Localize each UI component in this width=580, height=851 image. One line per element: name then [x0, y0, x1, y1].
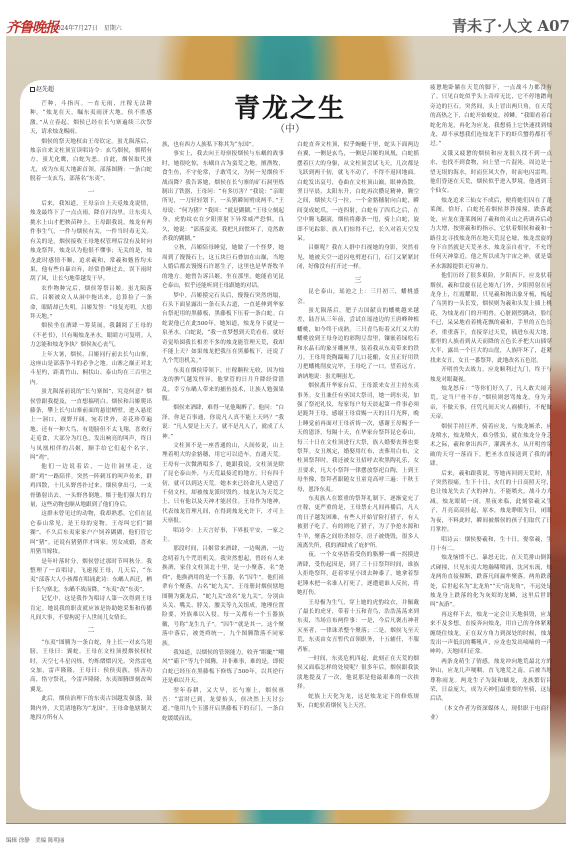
paragraph: 蛇族上天化为龙，这是烛龙定下的修炼规矩，白蛇驮着烟侯飞上天宫，: [297, 693, 419, 712]
paragraph: 烟侯离开华家台后，王母派来女丑主持东夷事务。女丑兼任有巫国大祭司，她一到东夷，加…: [297, 382, 419, 495]
issue-date: 2024年7月27日 星期六: [53, 23, 122, 32]
editor-credits: 编辑 徐静 美编 陈明丽: [6, 836, 65, 844]
paragraph: 农作物种完后，烟侯筹祭吕姬。蚩尤陨落后，吕姬被众人从洞中拖出来，总算捡了一条命，…: [30, 285, 152, 323]
paragraph: 后来，我知道，王母亲自上天觅烛龙说情，烛龙最终下了一点点雨，降在河沟里，让东夷人…: [30, 200, 152, 285]
section-title: 青未了·人文 A07: [452, 15, 570, 36]
section-number: 三: [297, 276, 419, 285]
paragraph: 他们一边说着话，一边往洞里走，这群“鸡”一路陪伴。突然一阵刺耳的叫声传来，群鸡四…: [30, 463, 152, 510]
paragraph: 这群未曾见过的动物，我却熟悉。它们在昆仑泰山常见，是王母的宠物。王母叫它们“猢猢…: [30, 510, 152, 557]
paragraph: 王母极为生气，穿上她的虎豹纹衣，并佩戴了最长的虎牙，带着十五和青鸟，浩浩荡荡来到…: [297, 599, 419, 655]
paragraph: 两条龙萌生了情感，烛龙冲向地荒最北方的钟山，应龙几声哽咽，直飞地荒之南，后被当地…: [430, 658, 552, 705]
paragraph: 蚩尤陨落前说的“长勺寨图”，究竟何意？烟侯曾跟我提及，一直想搞明白。烟侯和吕姬爬…: [30, 388, 152, 463]
paragraph: 烟侯坐在酒肆一筹莫展，我翻阅了王母的《不老书》，只有喝烛龙圣水，眼睛方可复明。人…: [30, 322, 152, 350]
paragraph: 又饿又疲惫的烟侯和应龙很久找不到一点水，也找不到食物，向上望一片混沌，周边是一望…: [430, 150, 552, 197]
paragraph: 再这样下去，烛龙一定会让天地俱毁，应龙来不及多想，直接奔向烛龙，用自己的身体紧紧…: [430, 611, 552, 658]
article-column-2: 族，也有西方人族私下称其为“东国”。事实上，我去向王母禀报烟侯与东嵎的战事时，她…: [162, 141, 284, 724]
paragraph: 吕姬呢？我在人群中扫视她的身影，突然看见，她被天空一道闪电劈进石门，石门又紧紧封…: [297, 244, 419, 272]
paragraph: 族，也有西方人族私下称其为“东国”。: [162, 141, 284, 150]
paragraph: 东夷在烟侯带领下，庄稼颗粒无收，因为烛龙的脾气越发怪异，他掌管的日月升降经常错乱…: [162, 367, 284, 405]
paragraph: 白蛇直奔文柱顶，似乎蜿蜒千里，蛇头下面两边有翼，一侧是玄鸟，一侧是吕姬的凤凰，白…: [297, 141, 419, 244]
section-number: 一: [30, 188, 152, 197]
byline: 赵先超: [30, 84, 54, 93]
paragraph: 东夷族人在繁重的祭拜礼制下，逐渐觉充了庄稼，更严重的是，王母禁止凡间再播后，凡人…: [297, 495, 419, 551]
paragraph: 梦中，吕姬摸完石头后，馒馒石突然坍塌，石头下面显露出一条石头古道，一直延伸到华家…: [162, 292, 284, 367]
paragraph: 事实上，我去向王母禀报烟侯与东嵎的战事时，她很吃惊，东嵎自古为蛮荒之地，擅渔牧，…: [162, 150, 284, 244]
paragraph: 那段时间，吕姬常来酒肆，一边喝酒，一边念叨着九个咒语机关。我突然想起，曾经有人来…: [162, 545, 284, 648]
paragraph: 他们历经了很多艰险，夕阳西下，应龙驮着烟侯，羲和盘旋在昆仑墟九门外，夕阳照射在应…: [430, 272, 552, 366]
paragraph: 记忆中，这是我作为唱诗人第一次得到王母肯定。她说我的职责就应该是协助她采集和传播…: [30, 595, 152, 623]
paragraph: 芒种，斗指丙。一直无雨，庄稼无法耕种。“烛龙在天，瞩东夷雨济大地。侯不胜感激。”…: [30, 100, 152, 138]
paragraph: 昆仑泰山，瑶池之上：三月初三，蟠桃盛会。: [297, 288, 419, 307]
article-column-3: 白蛇直奔文柱顶，似乎蜿蜒千里，蛇头下面两边有翼，一侧是玄鸟，一侧是吕姬的凤凰，白…: [297, 141, 419, 711]
masthead: 齐鲁晚报 2024年7月27日 星期六 青未了·人文 A07: [0, 0, 580, 36]
paragraph: 蚩尤陨落后，肥子古国献贡的蟠桃越来越差，陆吾从三年前，尝试在瑶池边的王唐峰种植蟠…: [297, 307, 419, 382]
paragraph: 开明兽失去战力，应龙顺利过九门，终于与烛龙对眼凝视。: [430, 366, 552, 385]
paragraph: “东夷”图腾为一条白蛇，身上长一对玄鸟翅膀，王母曰：翼蛇。王母在文柱顶授烟侯权杖…: [30, 639, 152, 695]
paragraph: 烛龙追求三仙女不成后，便将她们囚在了蓬莱阁。恰好，白蛇托着烟侯莽莽撞撞，跌落此处…: [430, 197, 552, 272]
paragraph: 唱诗令：上天言好事，下界报平安，一家之主。: [162, 527, 284, 546]
paragraph: 唱诗云：烟侯娶羲和，生十日，娶常羲，生月十有二。: [430, 536, 552, 555]
paragraph: 是年叶落时分，烟侯曾过那时节叫秋分。我整理了一首唱诗，飞速报王母，几天后，“东夷…: [30, 558, 152, 596]
paragraph: （本文作者为资深媒体人，现供职于电商行业）: [430, 705, 552, 724]
paragraph: 夜，一个女巫捂着受伤的胳膊一瘸一拐摸进酒肆，受伤起因是，到了三十日祭拜时间，谁族…: [297, 551, 419, 598]
paragraph: 翌年春耕，又大旱，长勺寨上，烟侯禀吾：“雷时已到，龙要抬头，侯决然上天讨公道。”…: [162, 687, 284, 725]
paragraph: 烟侯手持巨斧，骑着应龙，与烛龙厮杀，应龙喷水，烛龙喷火，难分胜负，就在烛龙分身乏…: [430, 423, 552, 470]
author-name: 赵先超: [36, 86, 54, 93]
paragraph: 后来，羲和跟我说，等她再回到天荒时，肚子突然很痛，生下十日，火红的十日高照天穹，…: [430, 470, 552, 536]
paragraph: 烛龙恼愤不已，暴怒无比，在天荒排山倒海式碰撞，只见东夷大地瀚啸喷涌，沈河东流，烛…: [430, 554, 552, 610]
article-subtitle: （中）: [210, 120, 370, 135]
paragraph: 立秋，吕姬陪母睡觉，她做了一个怪梦，她周到了馒馒石上，这五块巨石叠加在山巅，当地…: [162, 244, 284, 291]
paragraph: 烟侯的祭天地权由王母钦定。蚩尤陨落后，烛亲自来文柱顶宣读唱诗令：玄鸟烟侯，驯稻有…: [30, 138, 152, 185]
paragraph: 一时间，东夷危机四起，此刻正在天荒的烟侯又面临怎样的处境呢？很多年后，烟侯跟我淡…: [297, 655, 419, 693]
byline-box-icon: [30, 87, 35, 92]
paragraph: 我知道，以烟侯的管领能力，收齐“睚眦”“嘲风”“霸下”等九个图腾，并非难事，难的…: [162, 649, 284, 687]
paragraph: 疲惫地卧躺在天荒的脚下，一点战斗力都没有了。只见白蛇似乎头上奇痒无比，它不停地蹭…: [430, 84, 552, 150]
article-column-1: 芒种，斗指丙。一直无雨，庄稼无法耕种。“烛龙在天，瞩东夷雨济大地。侯不胜感激。”…: [30, 100, 152, 723]
divider: [6, 823, 566, 824]
paragraph: 烛龙怒斥：“等你们好久了，凡人敢大闹天荒，定当尸骨不存。”烟侯则怒骂烛龙，身为天…: [430, 385, 552, 423]
paragraph: 文柱顶不是一座普通的山，人间传说，山上埋着明大的金貉穗，用它可以造车，直通天荒。…: [162, 442, 284, 527]
section-number: 二: [30, 626, 152, 635]
article-column-4: 疲惫地卧躺在天荒的脚下，一点战斗力都没有了。只见白蛇似乎头上奇痒无比，它不停地蹭…: [430, 84, 552, 724]
paragraph: 烟侯来酒肆，难得一见他喝醉了。他问：“白泽，你是百事通，你说凡人真不能上天吗？”…: [162, 404, 284, 442]
newspaper-logo: 齐鲁晚报: [6, 17, 58, 37]
paragraph: 此后，烟侯治理下的东夷古国越发强盛，鼓舞内外，大荒诸地称为“龙国”。王母命他辖制…: [30, 695, 152, 723]
paragraph: 上年大暑，烟侯、吕姬同行前去长勺山寨，这座山是部落争斗的必争之地。山寨之巅正对北…: [30, 351, 152, 389]
